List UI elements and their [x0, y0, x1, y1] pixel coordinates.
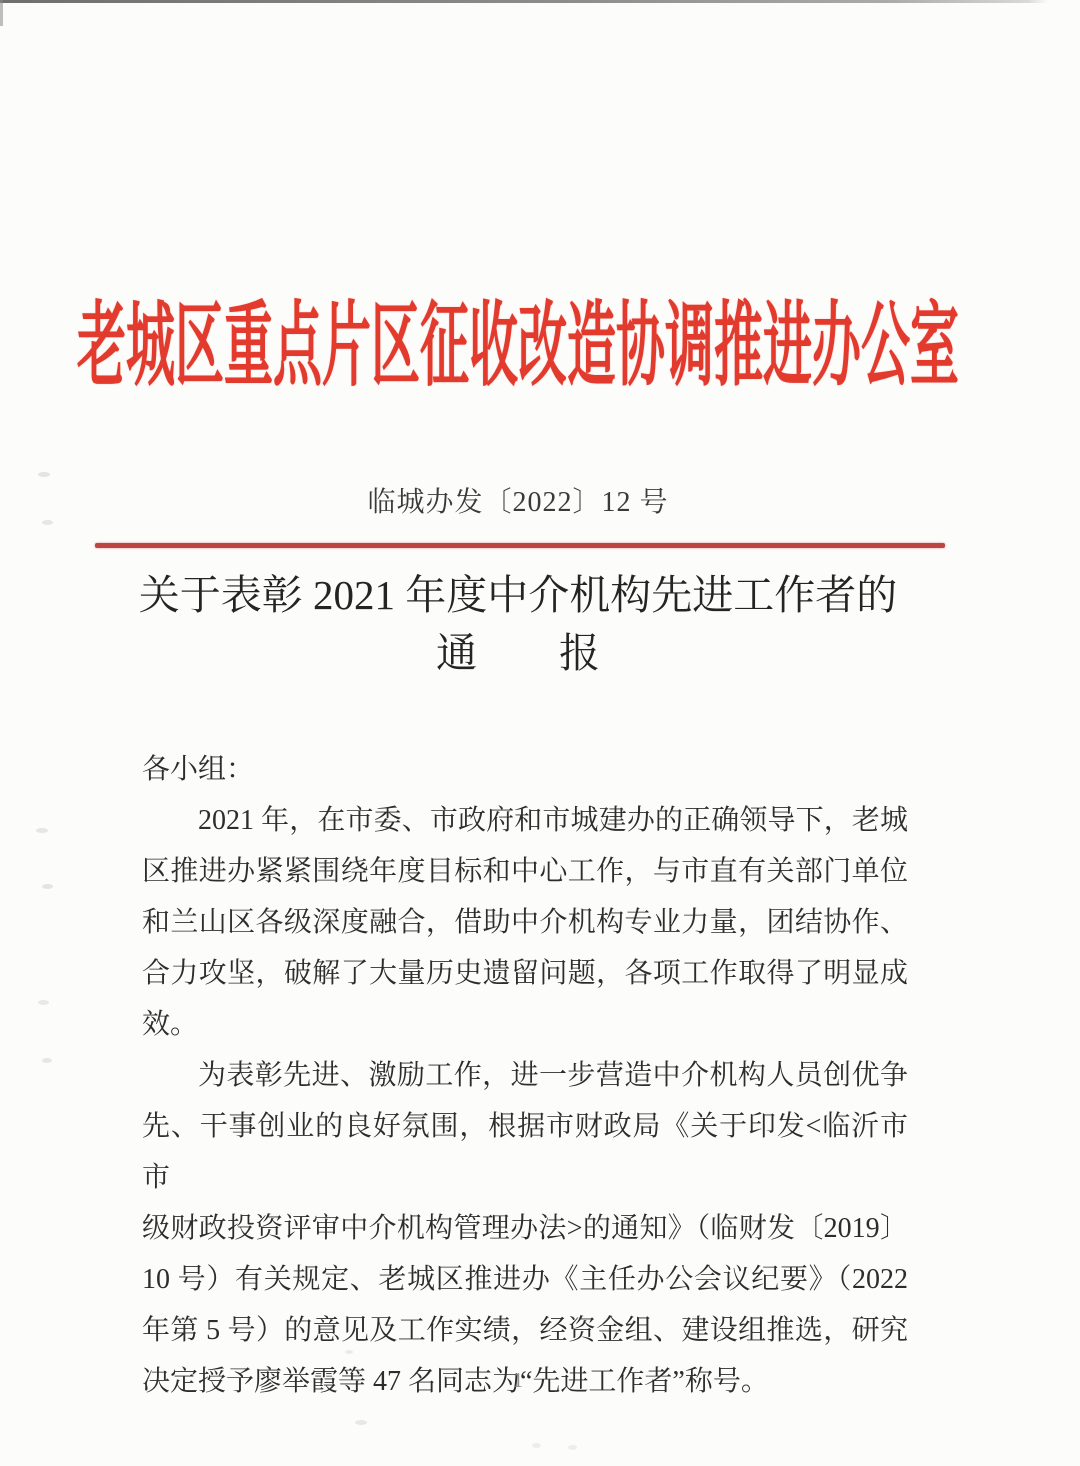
body-line: 和兰山区各级深度融合，借助中介机构专业力量，团结协作、	[142, 897, 908, 948]
body-line: 为表彰先进、激励工作，进一步营造中介机构人员创优争	[142, 1050, 908, 1101]
scan-speck	[42, 884, 53, 889]
body-line: 2021 年，在市委、市政府和市城建办的正确领导下，老城	[142, 795, 908, 846]
scan-speck	[568, 1445, 577, 1450]
body-line: 先、干事创业的良好氛围，根据市财政局《关于印发<临沂市市	[142, 1101, 908, 1203]
title-line-1: 关于表彰 2021 年度中介机构先进工作者的	[0, 572, 1036, 618]
scan-speck	[42, 1058, 52, 1063]
scan-speck	[36, 828, 48, 833]
salutation: 各小组：	[142, 744, 908, 795]
body-line: 效。	[142, 999, 908, 1050]
document-title: 关于表彰 2021 年度中介机构先进工作者的 通 报	[0, 572, 1036, 676]
body-line: 区推进办紧紧围绕年度目标和中心工作，与市直有关部门单位	[142, 846, 908, 897]
body-line: 10 号）有关规定、老城区推进办《主任办公会议纪要》（2022	[142, 1254, 908, 1305]
document-page: 老城区重点片区征收改造协调推进办公室 临城办发〔2022〕12 号 关于表彰 2…	[0, 0, 1080, 1466]
body-line: 合力攻坚，破解了大量历史遗留问题，各项工作取得了明显成	[142, 948, 908, 999]
scan-speck	[42, 520, 53, 525]
office-header-title: 老城区重点片区征收改造协调推进办公室	[0, 300, 1036, 392]
paragraph-2: 为表彰先进、激励工作，进一步营造中介机构人员创优争 先、干事创业的良好氛围，根据…	[142, 1050, 908, 1407]
red-divider-line	[95, 543, 945, 548]
page-number: 1	[0, 1368, 1036, 1393]
title-line-2: 通 报	[0, 630, 1036, 676]
scan-speck	[38, 472, 50, 477]
paragraph-1: 2021 年，在市委、市政府和市城建办的正确领导下，老城 区推进办紧紧围绕年度目…	[142, 795, 908, 1050]
scan-speck	[345, 1350, 353, 1354]
body-line: 年第 5 号）的意见及工作实绩，经资金组、建设组推选，研究	[142, 1305, 908, 1356]
scan-edge-top	[0, 0, 1048, 3]
document-body: 各小组： 2021 年，在市委、市政府和市城建办的正确领导下，老城 区推进办紧紧…	[142, 744, 908, 1407]
scan-speck	[38, 1000, 49, 1005]
scan-speck	[355, 1420, 367, 1425]
scan-speck	[532, 1443, 541, 1448]
scan-edge-corner	[0, 0, 3, 26]
document-number: 临城办发〔2022〕12 号	[0, 480, 1036, 520]
body-line: 级财政投资评审中介机构管理办法>的通知》（临财发〔2019〕	[142, 1203, 908, 1254]
